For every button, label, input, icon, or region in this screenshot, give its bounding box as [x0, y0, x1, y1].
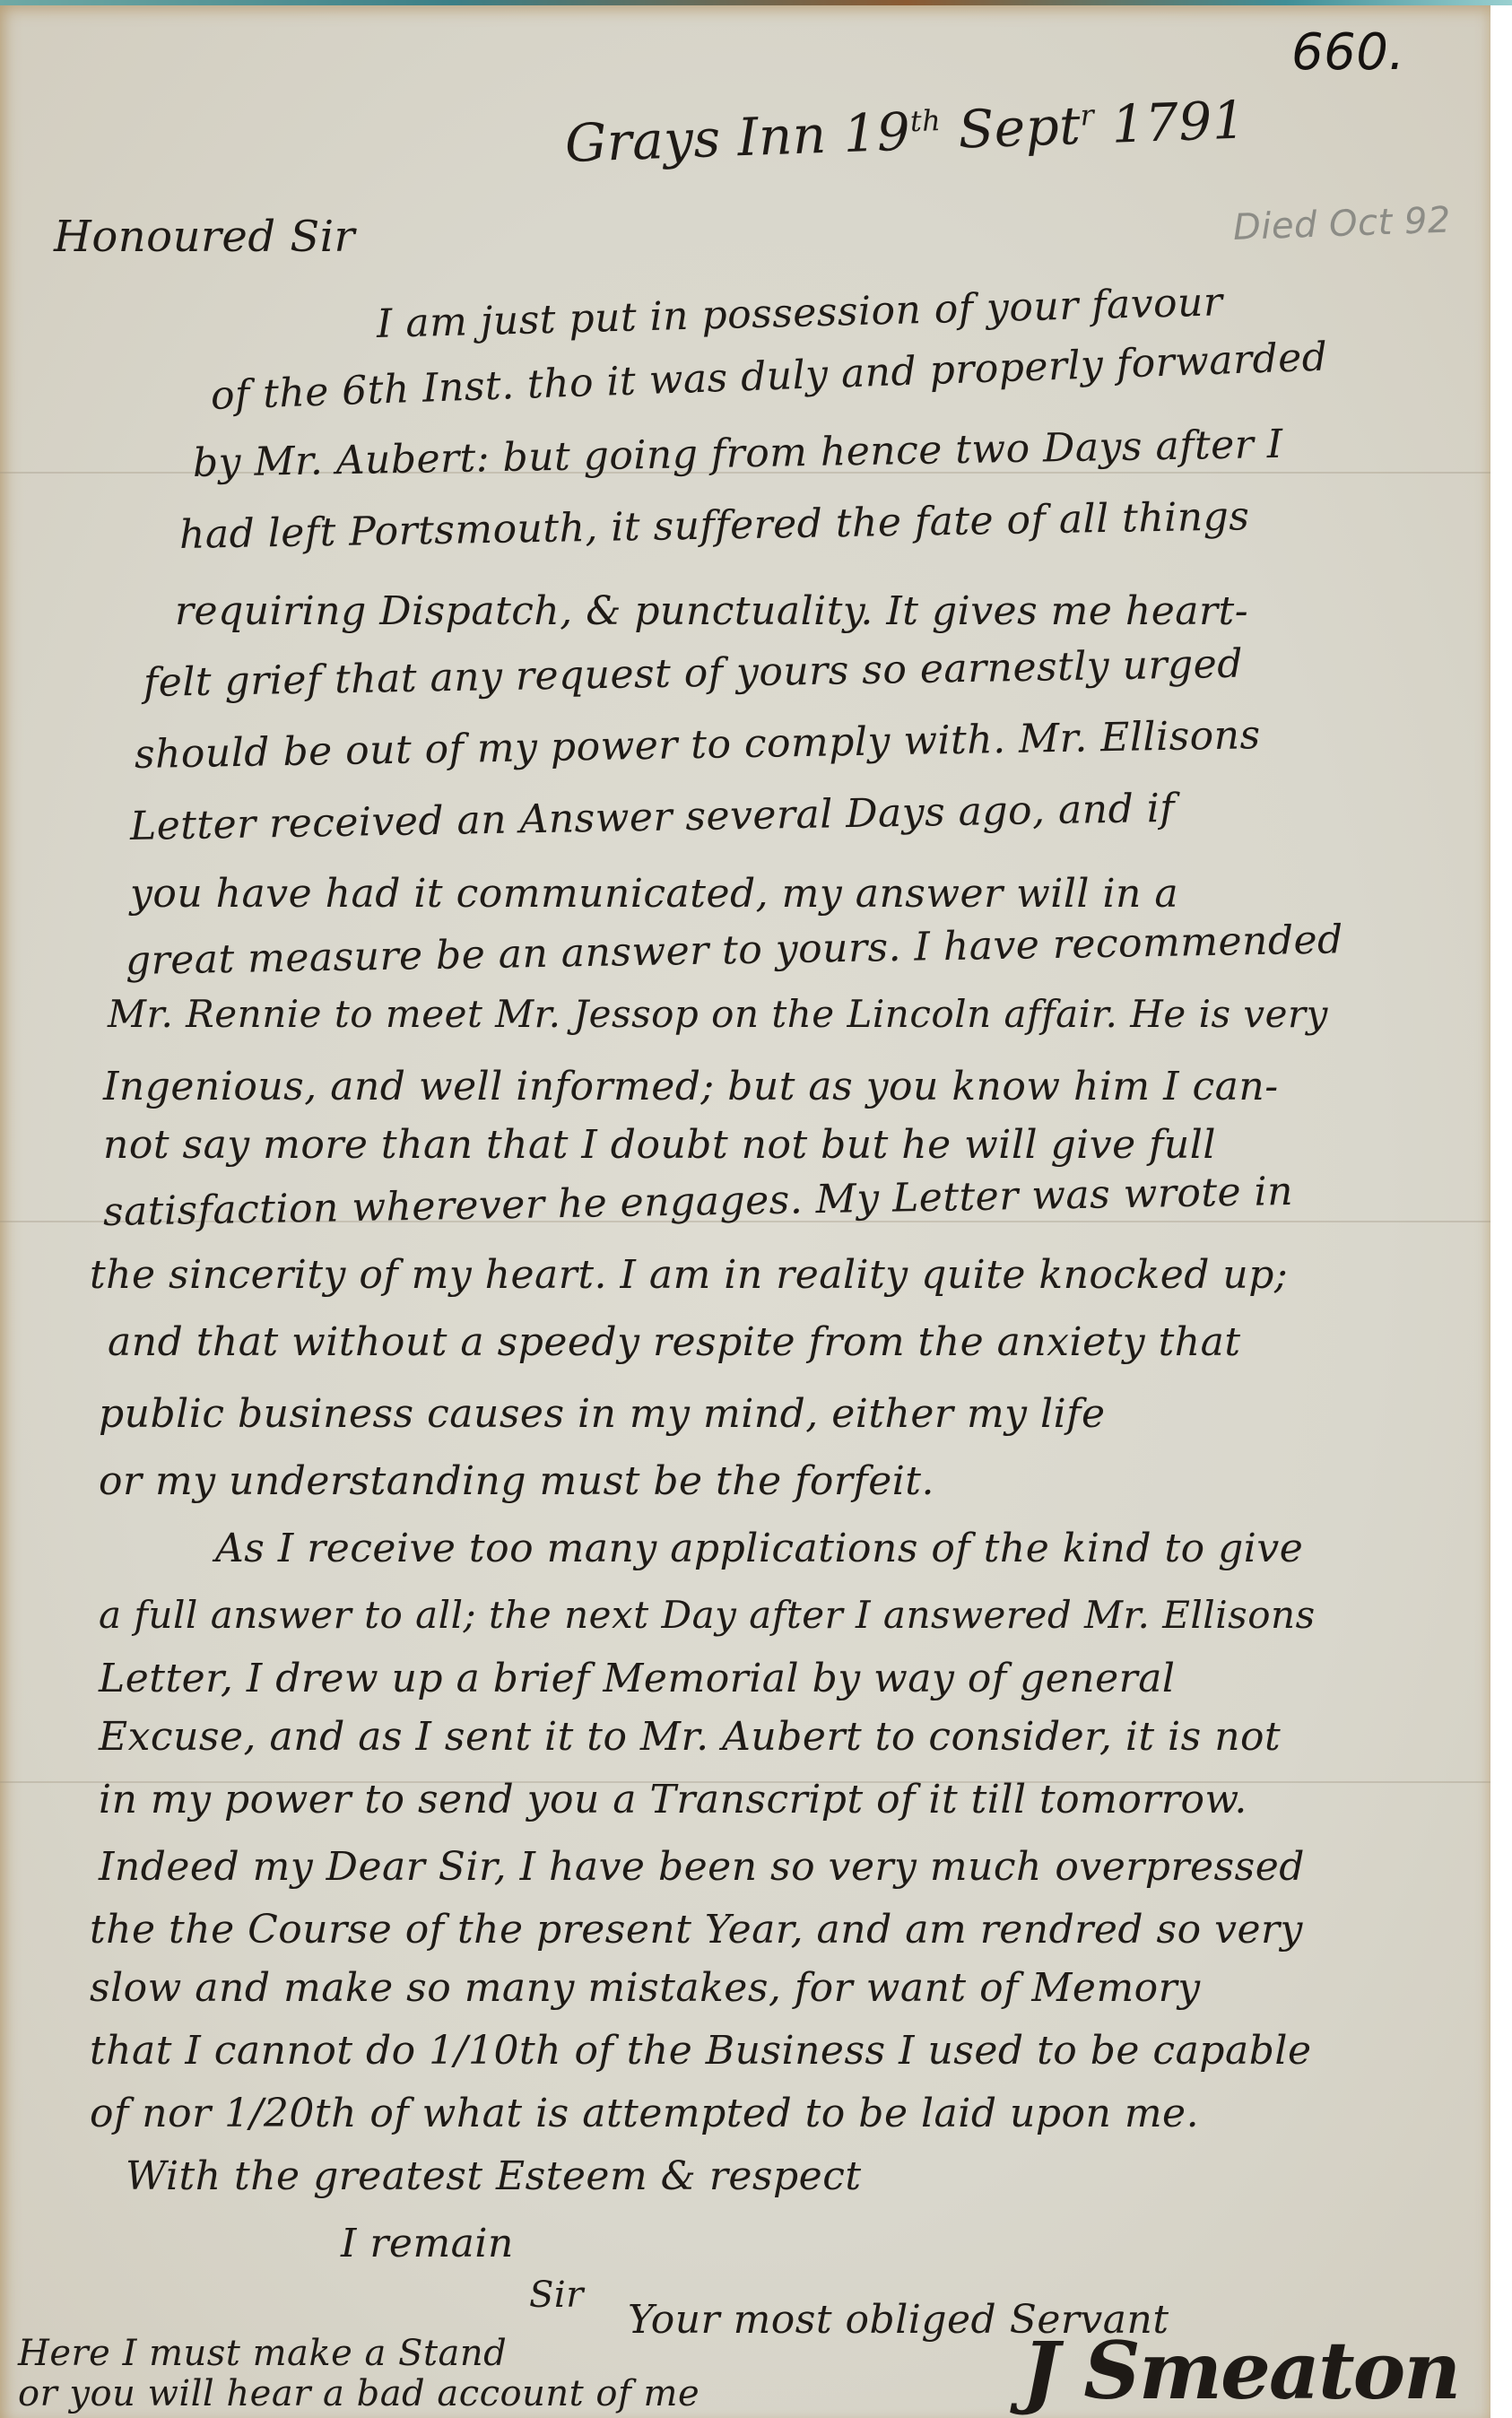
folio-number: 660.	[1291, 23, 1405, 82]
month-suffix: r	[1080, 98, 1095, 133]
body-line: Letter received an Answer several Days a…	[130, 786, 1176, 849]
month: Sept	[957, 95, 1082, 161]
postscript-line: or you will hear a bad account of me	[18, 2373, 700, 2414]
salutation: Honoured Sir	[54, 212, 355, 262]
day-suffix: th	[909, 103, 942, 138]
body-line: public business causes in my mind, eithe…	[99, 1391, 1105, 1437]
day: 19	[842, 101, 911, 165]
body-line: of nor 1/20th of what is attempted to be…	[90, 2091, 1199, 2136]
body-line: Letter, I drew up a brief Memorial by wa…	[99, 1656, 1176, 1701]
body-line: the the Course of the present Year, and …	[90, 1907, 1303, 1953]
body-line: Ingenious, and well informed; but as you…	[103, 1064, 1279, 1109]
body-line: a full answer to all; the next Day after…	[99, 1593, 1316, 1637]
body-line: in my power to send you a Transcript of …	[99, 1777, 1247, 1822]
letter-page: 660. Grays Inn 19th Septr 1791 Died Oct …	[0, 5, 1490, 2418]
body-line: had left Portsmouth, it suffered the fat…	[179, 493, 1250, 558]
body-line: you have had it communicated, my answer …	[130, 871, 1178, 917]
body-line: slow and make so many mistakes, for want…	[90, 1965, 1201, 2011]
body-line: or my understanding must be the forfeit.	[99, 1458, 934, 1504]
body-line: requiring Dispatch, & punctuality. It gi…	[175, 588, 1248, 634]
place: Grays Inn	[564, 104, 828, 174]
body-line: satisfaction wherever he engages. My Let…	[103, 1169, 1294, 1235]
body-line: Mr. Rennie to meet Mr. Jessop on the Lin…	[108, 992, 1328, 1036]
body-line: felt grief that any request of yours so …	[143, 641, 1244, 706]
pencil-annotation: Died Oct 92	[1232, 200, 1451, 248]
body-line: not say more than that I doubt not but h…	[103, 1122, 1216, 1168]
year: 1791	[1110, 90, 1247, 155]
place-date: Grays Inn 19th Septr 1791	[564, 90, 1247, 174]
body-line: by Mr. Aubert: but going from hence two …	[193, 422, 1283, 486]
signature: J Smeaton	[1022, 2324, 1459, 2417]
body-line: Excuse, and as I sent it to Mr. Aubert t…	[99, 1714, 1281, 1760]
postscript-line: Here I must make a Stand	[18, 2333, 507, 2374]
body-line: and that without a speedy respite from t…	[108, 1319, 1241, 1365]
body-line: Indeed my Dear Sir, I have been so very …	[99, 1844, 1305, 1890]
body-line: I am just put in possession of your favo…	[376, 279, 1223, 347]
closing-sir: Sir	[529, 2274, 584, 2316]
body-line: the sincerity of my heart. I am in reali…	[90, 1252, 1288, 1298]
body-line: great measure be an answer to yours. I h…	[126, 917, 1344, 984]
closing-i-remain: I remain	[341, 2221, 514, 2266]
body-line: that I cannot do 1/10th of the Business …	[90, 2028, 1311, 2074]
body-line: should be out of my power to comply with…	[135, 712, 1261, 778]
closing-line: With the greatest Esteem & respect	[126, 2153, 862, 2199]
body-line: As I receive too many applications of th…	[215, 1526, 1303, 1571]
